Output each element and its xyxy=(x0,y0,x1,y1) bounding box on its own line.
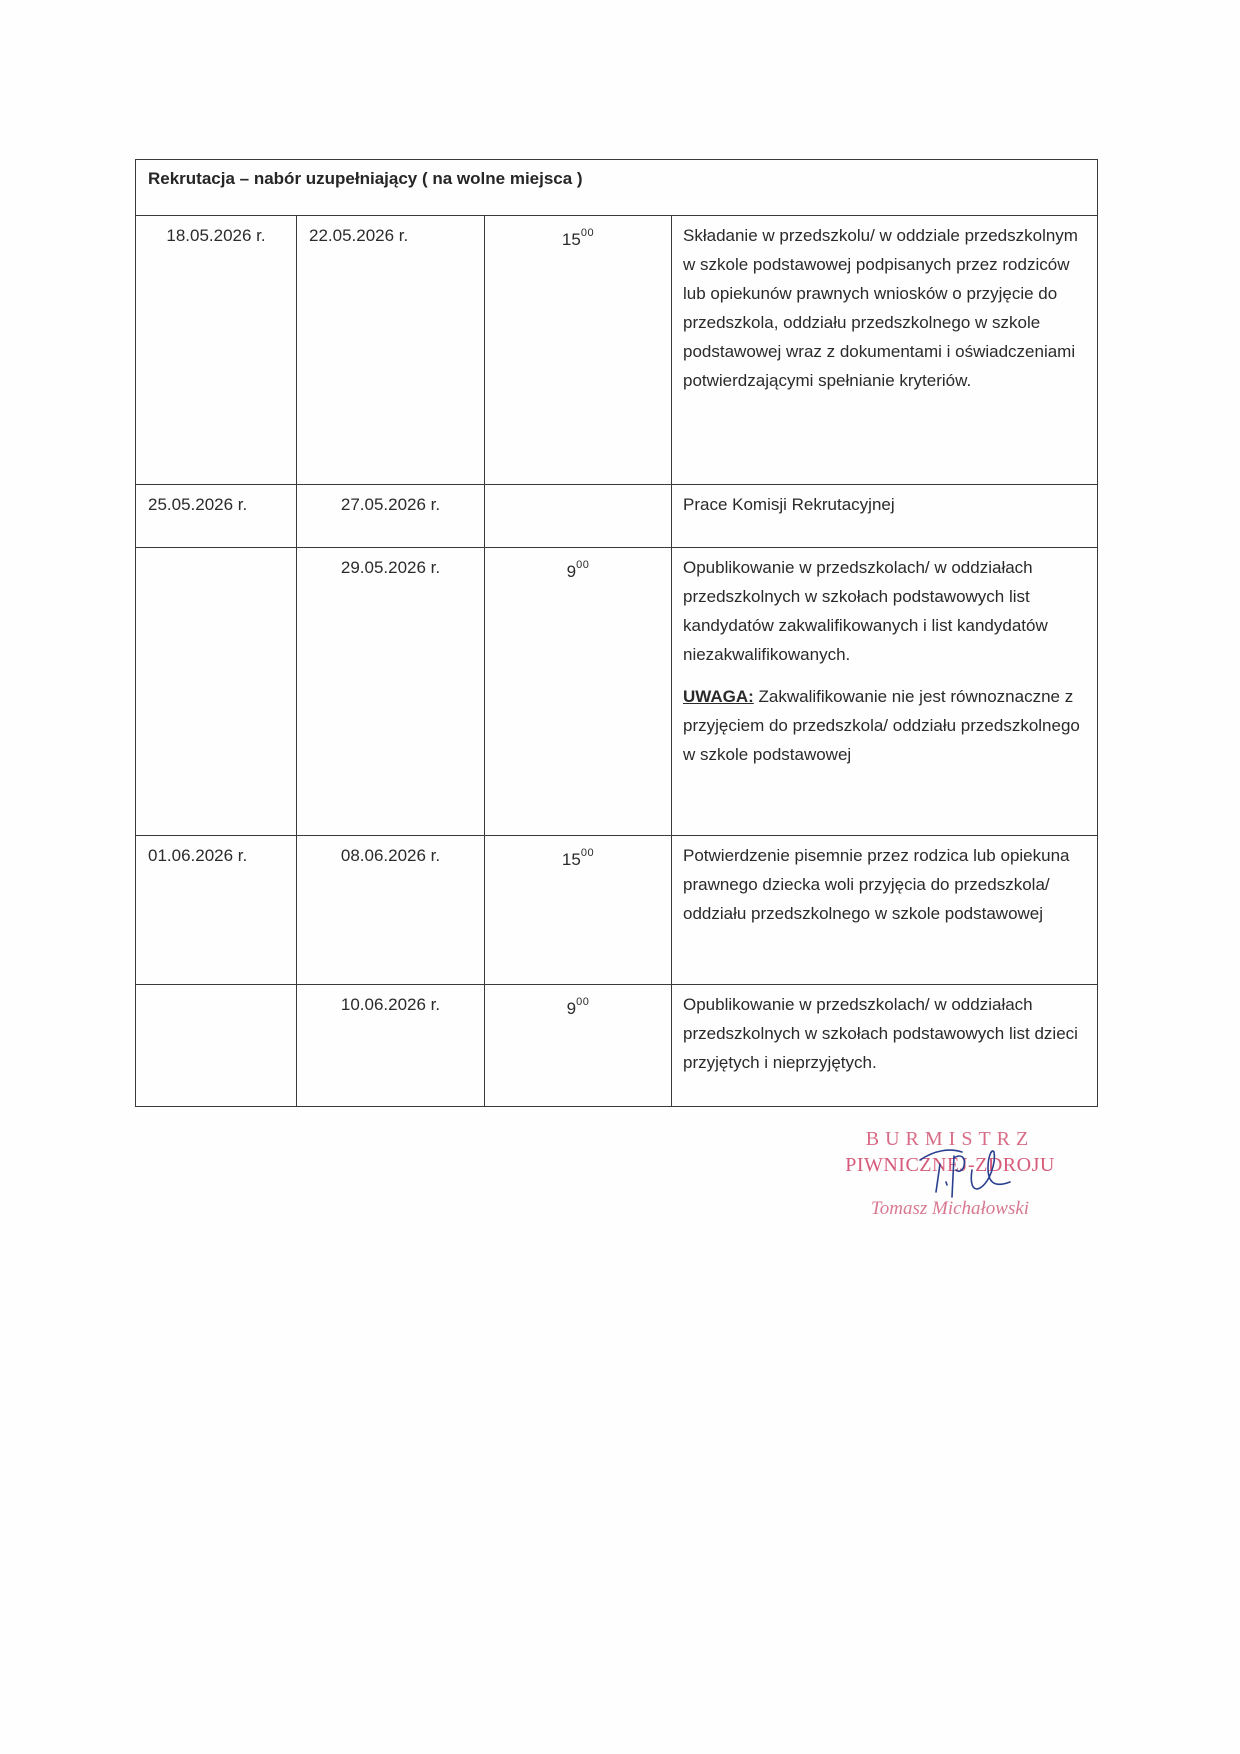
time-cell: 1500 xyxy=(485,216,672,485)
description-text: Prace Komisji Rekrutacyjnej xyxy=(683,490,1087,519)
time-cell: 900 xyxy=(485,985,672,1107)
table-row: 25.05.2026 r. 27.05.2026 r. Prace Komisj… xyxy=(136,485,1098,548)
description-cell: Opublikowanie w przedszkolach/ w oddział… xyxy=(672,985,1098,1107)
description-text: Opublikowanie w przedszkolach/ w oddział… xyxy=(683,990,1087,1077)
section-header-row: Rekrutacja – nabór uzupełniający ( na wo… xyxy=(136,160,1098,216)
time-value: 900 xyxy=(567,562,590,581)
description-cell: Potwierdzenie pisemnie przez rodzica lub… xyxy=(672,836,1098,985)
document-page: Rekrutacja – nabór uzupełniający ( na wo… xyxy=(0,0,1240,1754)
date-from: 01.06.2026 r. xyxy=(136,836,297,985)
time-value: 1500 xyxy=(562,230,594,249)
table-row: 18.05.2026 r. 22.05.2026 r. 1500 Składan… xyxy=(136,216,1098,485)
time-cell: 900 xyxy=(485,548,672,836)
table-row: 10.06.2026 r. 900 Opublikowanie w przeds… xyxy=(136,985,1098,1107)
time-value: 1500 xyxy=(562,850,594,869)
description-cell: Prace Komisji Rekrutacyjnej xyxy=(672,485,1098,548)
recruitment-schedule-table: Rekrutacja – nabór uzupełniający ( na wo… xyxy=(135,159,1098,1107)
description-cell: Opublikowanie w przedszkolach/ w oddział… xyxy=(672,548,1098,836)
signature-icon xyxy=(910,1142,1020,1202)
date-to: 08.06.2026 r. xyxy=(297,836,485,985)
description-cell: Składanie w przedszkolu/ w oddziale prze… xyxy=(672,216,1098,485)
date-from xyxy=(136,548,297,836)
description-text: Składanie w przedszkolu/ w oddziale prze… xyxy=(683,221,1087,395)
time-cell: 1500 xyxy=(485,836,672,985)
table-row: 01.06.2026 r. 08.06.2026 r. 1500 Potwier… xyxy=(136,836,1098,985)
description-text: Opublikowanie w przedszkolach/ w oddział… xyxy=(683,553,1087,669)
note-label: UWAGA: xyxy=(683,687,754,706)
time-value: 900 xyxy=(567,999,590,1018)
date-to: 10.06.2026 r. xyxy=(297,985,485,1107)
mayor-stamp: BURMISTRZ PIWNICZNEJ-ZDROJU Tomasz Micha… xyxy=(820,1128,1080,1238)
date-from xyxy=(136,985,297,1107)
time-cell xyxy=(485,485,672,548)
date-to: 27.05.2026 r. xyxy=(297,485,485,548)
date-from: 25.05.2026 r. xyxy=(136,485,297,548)
date-to: 29.05.2026 r. xyxy=(297,548,485,836)
description-text: Potwierdzenie pisemnie przez rodzica lub… xyxy=(683,841,1087,928)
date-from: 18.05.2026 r. xyxy=(136,216,297,485)
date-to: 22.05.2026 r. xyxy=(297,216,485,485)
section-title: Rekrutacja – nabór uzupełniający ( na wo… xyxy=(148,169,583,188)
section-header-cell: Rekrutacja – nabór uzupełniający ( na wo… xyxy=(136,160,1098,216)
table-row: 29.05.2026 r. 900 Opublikowanie w przeds… xyxy=(136,548,1098,836)
note-text: UWAGA: Zakwalifikowanie nie jest równozn… xyxy=(683,682,1087,769)
